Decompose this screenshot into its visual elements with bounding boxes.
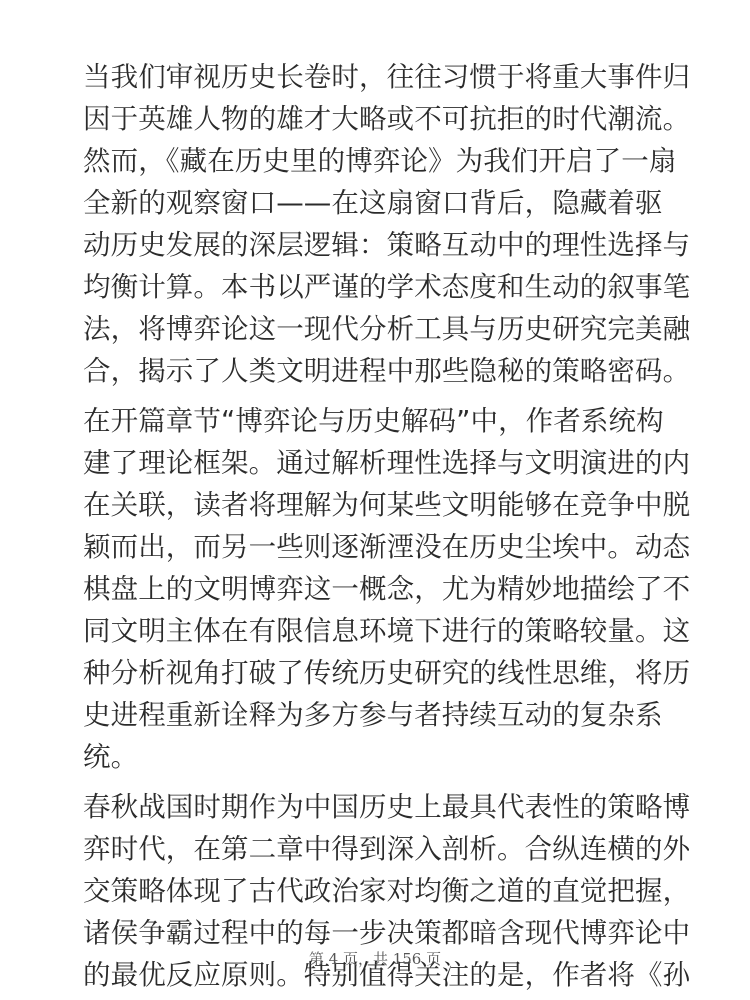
text-line: 诸侯争霸过程中的每一步决策都暗含现代博弈论中 bbox=[83, 912, 673, 954]
text-line: 在关联，读者将理解为何某些文明能够在竞争中脱 bbox=[83, 484, 673, 526]
text-line: 因于英雄人物的雄才大略或不可抗拒的时代潮流。 bbox=[83, 98, 673, 140]
text-line: 均衡计算。本书以严谨的学术态度和生动的叙事笔 bbox=[83, 266, 673, 308]
text-line: 弈时代，在第二章中得到深入剖析。合纵连横的外 bbox=[83, 828, 673, 870]
text-line: 在开篇章节“博弈论与历史解码”中，作者系统构 bbox=[83, 400, 673, 442]
text-line: 史进程重新诠释为多方参与者持续互动的复杂系 bbox=[83, 694, 673, 736]
text-line: 棋盘上的文明博弈这一概念，尤为精妙地描绘了不 bbox=[83, 568, 673, 610]
text-line: 全新的观察窗口——在这扇窗口背后，隐藏着驱 bbox=[83, 182, 673, 224]
text-line: 当我们审视历史长卷时，往往习惯于将重大事件归 bbox=[83, 56, 673, 98]
page-indicator: 第 4 页，共 156 页 bbox=[0, 949, 750, 969]
text-line: 然而，《藏在历史里的博弈论》为我们开启了一扇 bbox=[83, 140, 673, 182]
text-line: 种分析视角打破了传统历史研究的线性思维，将历 bbox=[83, 652, 673, 694]
text-line: 动历史发展的深层逻辑：策略互动中的理性选择与 bbox=[83, 224, 673, 266]
text-line: 同文明主体在有限信息环境下进行的策略较量。这 bbox=[83, 610, 673, 652]
text-line: 春秋战国时期作为中国历史上最具代表性的策略博 bbox=[83, 786, 673, 828]
text-line: 颖而出，而另一些则逐渐湮没在历史尘埃中。动态 bbox=[83, 526, 673, 568]
document-body: 当我们审视历史长卷时，往往习惯于将重大事件归 因于英雄人物的雄才大略或不可抗拒的… bbox=[83, 56, 673, 1000]
paragraph-2: 在开篇章节“博弈论与历史解码”中，作者系统构 建了理论框架。通过解析理性选择与文… bbox=[83, 400, 673, 778]
text-line: 合，揭示了人类文明进程中那些隐秘的策略密码。 bbox=[83, 350, 673, 392]
paragraph-1: 当我们审视历史长卷时，往往习惯于将重大事件归 因于英雄人物的雄才大略或不可抗拒的… bbox=[83, 56, 673, 392]
text-line: 法，将博弈论这一现代分析工具与历史研究完美融 bbox=[83, 308, 673, 350]
text-line: 建了理论框架。通过解析理性选择与文明演进的内 bbox=[83, 442, 673, 484]
text-line: 统。 bbox=[83, 736, 673, 778]
text-line: 交策略体现了古代政治家对均衡之道的直觉把握， bbox=[83, 870, 673, 912]
